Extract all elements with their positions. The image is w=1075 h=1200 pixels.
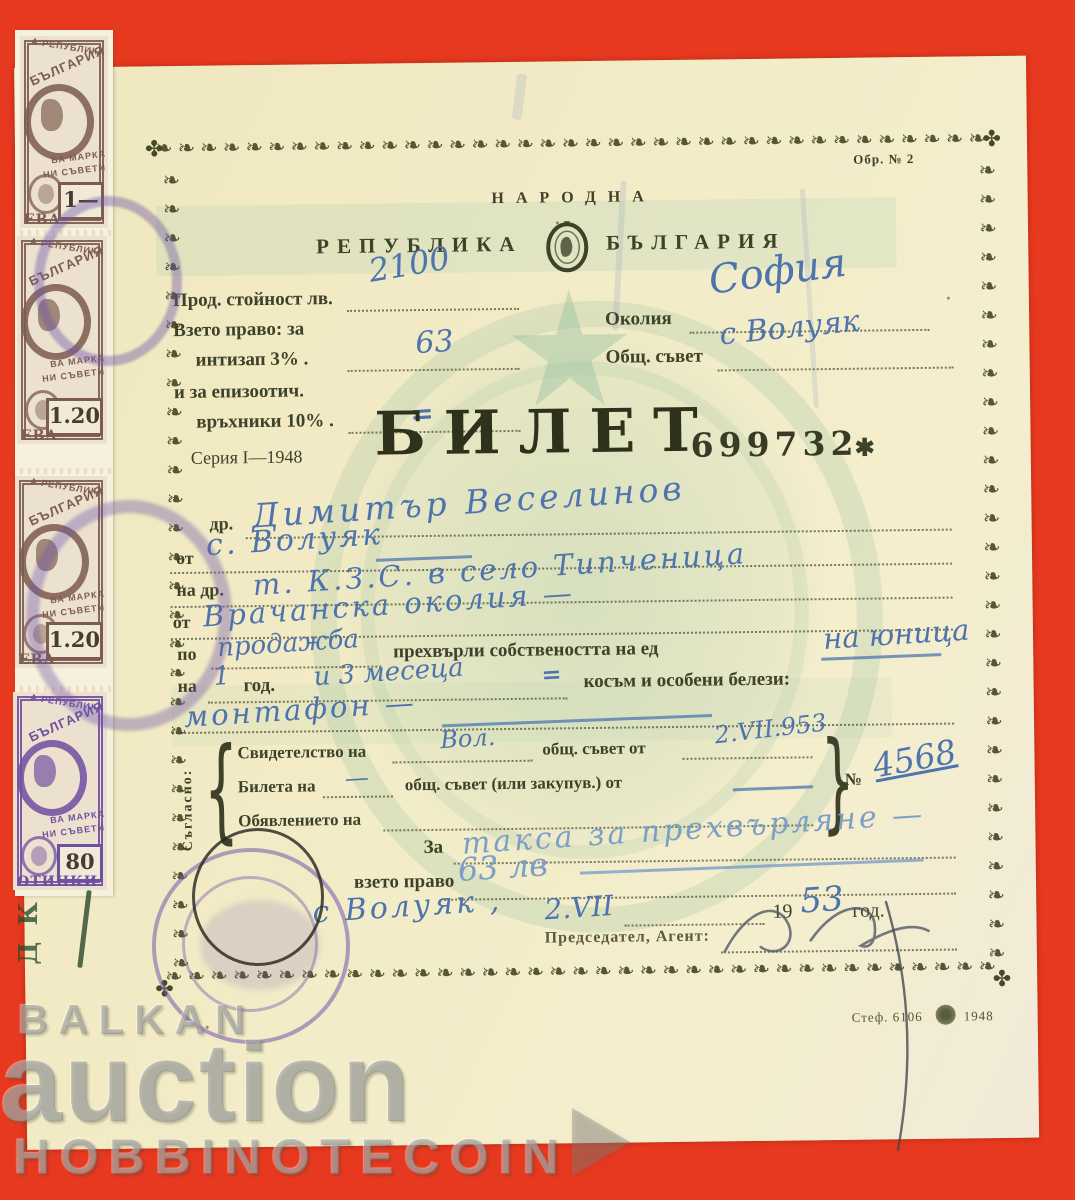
border-corner: ✤ xyxy=(155,976,174,1002)
border-bottom: ❧❧❧❧❧❧❧❧❧❧❧❧❧❧❧❧❧❧❧❧❧❧❧❧❧❧❧❧❧❧❧❧❧❧❧❧❧❧❧❧ xyxy=(165,956,1001,1000)
line4-prefix: от xyxy=(173,612,191,633)
revenue-stamp-1-20-leva: А РЕПУБЛИКА БЪЛГАРИЯ ВА МАРКА НИ СЪВЕТИ … xyxy=(20,36,108,228)
stamp-emblem-icon xyxy=(21,284,91,360)
line6-age-handwritten: 1 xyxy=(212,661,230,692)
chairman-agent-label: Председател, Агент: xyxy=(545,928,710,948)
edge-green-letters: ДК xyxy=(14,886,44,965)
line6-kosam-label: косъм и особени белези: xyxy=(583,669,790,694)
series-label: Серия I—1948 xyxy=(191,447,303,469)
intizap-value-handwritten: 63 xyxy=(414,324,454,361)
okolia-label: Околия xyxy=(605,308,672,331)
saglasno-row3-label: Обявлението на xyxy=(238,810,361,831)
taken-right-label: Взето право: за xyxy=(173,318,304,342)
stamp-denomination: 1— xyxy=(58,182,104,220)
prod-value-label: Прод. стойност лв. xyxy=(173,288,333,312)
saglasno-row1-label: Свидетелство на xyxy=(237,742,366,764)
saglasno-row1-label2: общ. съвет от xyxy=(542,738,646,759)
paper-speck xyxy=(206,1026,209,1029)
stamp-currency: ЕВА xyxy=(19,652,56,668)
vrahniki-label: връхники 10% . xyxy=(196,410,334,434)
line6-equals-handwritten: = xyxy=(541,659,563,689)
vzeto-pravo-handwritten: 63 лв xyxy=(457,845,549,889)
border-corner: ✤ xyxy=(982,126,1001,152)
saglasno-row2-label: Билета на xyxy=(238,776,316,797)
saglasno-row2-hw1: — xyxy=(344,763,370,792)
printer-mark-left: Стеф. 6106 xyxy=(852,1009,923,1026)
state-emblem-icon xyxy=(544,219,591,279)
stamp-emblem-icon xyxy=(19,524,89,600)
auction-photo: ❧❧❧❧❧❧❧❧❧❧❧❧❧❧❧❧❧❧❧❧❧❧❧❧❧❧❧❧❧❧❧❧❧❧❧❧❧❧❧❧… xyxy=(0,0,1075,1200)
border-corner: ✤ xyxy=(993,966,1012,992)
za-label: За xyxy=(423,837,443,859)
line6-prefix: на xyxy=(177,676,197,697)
stamp-currency: ЕВА xyxy=(21,428,58,444)
year-printed: 19 xyxy=(772,901,792,924)
saglasno-brace-left: { xyxy=(203,724,239,856)
printer-mark-year: 1948 xyxy=(964,1008,994,1024)
line5-prefix: по xyxy=(177,644,197,665)
printer-emblem-icon xyxy=(936,1005,956,1025)
stamp-rose-icon xyxy=(21,836,57,876)
year-suffix: год. xyxy=(852,899,885,922)
ticket-number: 699732 xyxy=(690,424,858,465)
border-corner: ✤ xyxy=(145,136,164,162)
saglasno-row2-label2: общ. съвет (или закупув.) от xyxy=(405,773,623,796)
form-number: Обр. № 2 xyxy=(853,151,914,168)
stamp-emblem-icon xyxy=(24,84,94,160)
border-right: ❧❧❧❧❧❧❧❧❧❧❧❧❧❧❧❧❧❧❧❧❧❧❧❧❧❧❧❧❧❧❧❧❧❧❧❧❧❧ xyxy=(965,158,1007,958)
ink-smudge xyxy=(512,73,528,120)
document-paper: ❧❧❧❧❧❧❧❧❧❧❧❧❧❧❧❧❧❧❧❧❧❧❧❧❧❧❧❧❧❧❧❧❧❧❧❧❧❧❧❧… xyxy=(14,56,1039,1150)
saglasno-row1-hw1: Вол. xyxy=(439,723,496,754)
stamp-currency: ЕВА xyxy=(24,212,61,228)
line2-prefix: от xyxy=(176,548,194,569)
star-mark: ✱ xyxy=(855,434,875,463)
epizootic-label: и за епизоотич. xyxy=(174,380,304,404)
document-title: БИЛЕТ xyxy=(374,395,716,469)
date-handwritten: 2.VII xyxy=(543,889,614,926)
saglasno-side-label: Съгласно: xyxy=(180,768,197,851)
stamp-emblem-icon xyxy=(17,740,87,816)
revenue-stamp-1-20-leva: А РЕПУБЛИКА БЪЛГАРИЯ ВА МАРКА НИ СЪВЕТИ … xyxy=(15,476,107,668)
number-label: № xyxy=(845,770,862,790)
year-handwritten: 53 xyxy=(799,879,845,922)
revenue-stamp-1-20-leva: А РЕПУБЛИКА БЪЛГАРИЯ ВА МАРКА НИ СЪВЕТИ … xyxy=(17,236,107,444)
intizap-label: интизап 3% . xyxy=(195,348,308,371)
revenue-stamp-80-stotinki: А РЕПУБЛИКА БЪЛГАРИЯ ВА МАРКА НИ СЪВЕТИ … xyxy=(13,692,107,890)
savet-label: Общ. съвет xyxy=(605,346,703,369)
stamp-perforation xyxy=(15,468,113,474)
